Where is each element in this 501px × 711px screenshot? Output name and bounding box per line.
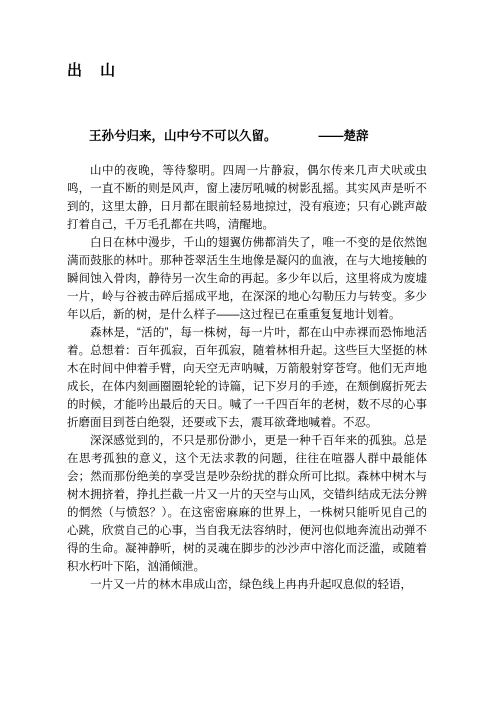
epigraph: 王孙兮归来，山中兮不可以久留。——楚辞: [67, 128, 427, 144]
paragraph: 森林是，“活的”，每一株树，每一片叶，都在山中赤裸而恐怖地活着。总想着：百年孤寂…: [67, 324, 427, 432]
epigraph-quote: 王孙兮归来，山中兮不可以久留。: [89, 129, 277, 143]
document-page: 出 山 王孙兮归来，山中兮不可以久留。——楚辞 山中的夜晚，等待黎明。四周一片静…: [0, 0, 501, 711]
paragraph: 白日在林中漫步，千山的翅翼仿佛都消失了，唯一不变的是依然饱满而鼓胀的林叶。那种苍…: [67, 234, 427, 324]
document-title: 出 山: [67, 62, 427, 80]
paragraph: 山中的夜晚，等待黎明。四周一片静寂，偶尔传来几声犬吠或虫鸣，一直不断的则是风声，…: [67, 162, 427, 234]
document-body: 山中的夜晚，等待黎明。四周一片静寂，偶尔传来几声犬吠或虫鸣，一直不断的则是风声，…: [67, 162, 427, 594]
paragraph: 一片又一片的林木串成山峦，绿色线上冉冉升起叹息似的轻语，: [67, 576, 427, 594]
epigraph-attribution: ——楚辞: [319, 129, 369, 143]
paragraph: 深深感觉到的，不只是那份渺小，更是一种千百年来的孤独。总是在思考孤独的意义，这个…: [67, 432, 427, 576]
